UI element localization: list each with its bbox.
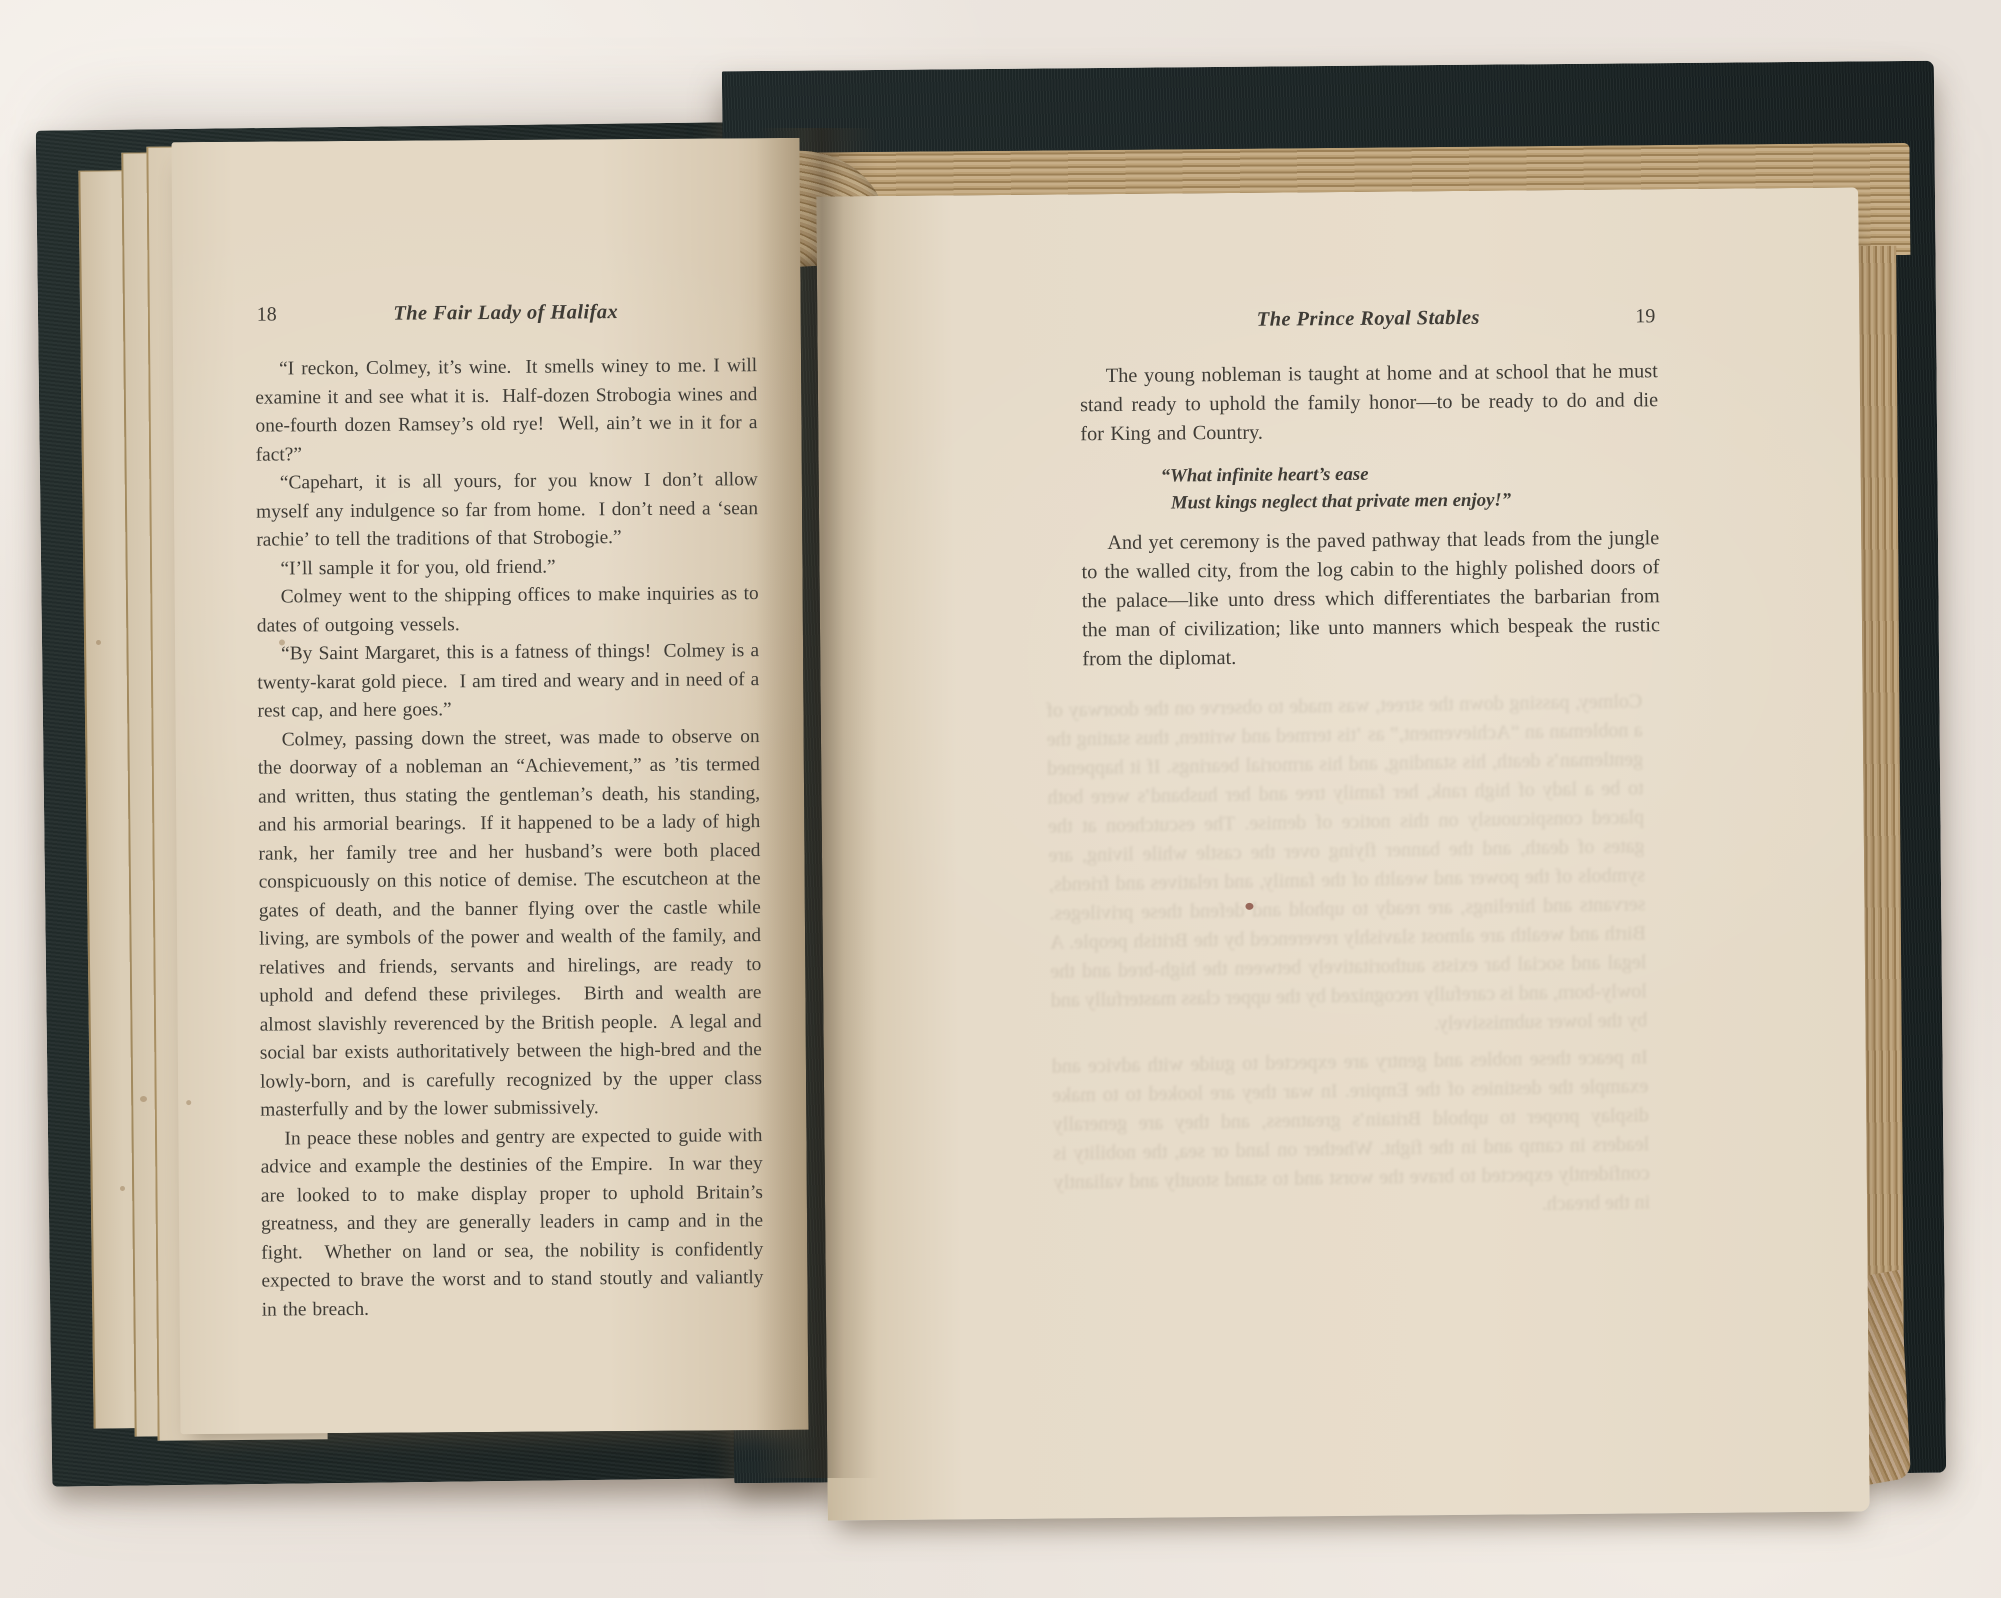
verse-quote: “What infinite heart’s ease Must kings n… — [1161, 458, 1659, 516]
page-left: 18 The Fair Lady of Halifax “I reckon, C… — [171, 138, 808, 1434]
body-paragraph: Colmey, passing down the street, was mad… — [258, 723, 763, 1125]
body-paragraph: And yet ceremony is the paved pathway th… — [1081, 524, 1660, 674]
body-paragraph: “Capehart, it is all yours, for you know… — [256, 466, 759, 555]
page-right-body: The young nobleman is taught at home and… — [1080, 357, 1661, 674]
page-right-header: The Prince Royal Stables 19 — [1079, 305, 1657, 344]
foxing-spot — [186, 1100, 191, 1105]
running-title-right: The Prince Royal Stables — [1079, 305, 1657, 333]
page-number-right: 19 — [1635, 305, 1655, 328]
body-paragraph: In peace these nobles and gentry are exp… — [260, 1122, 763, 1325]
page-left-body: “I reckon, Colmey, it’s wine. It smells … — [255, 352, 764, 1324]
page-number-left: 18 — [257, 303, 277, 326]
body-paragraph: Colmey went to the shipping offices to m… — [257, 580, 759, 641]
page-right-text-block: The Prince Royal Stables 19 The young no… — [1079, 305, 1660, 674]
page-left-header: 18 The Fair Lady of Halifax — [255, 300, 757, 338]
page-right: Colmey, passing down the street, was mad… — [816, 187, 1870, 1520]
verse-line: “What infinite heart’s ease — [1161, 458, 1659, 489]
foxing-spot — [1245, 903, 1253, 910]
page-left-text-block: 18 The Fair Lady of Halifax “I reckon, C… — [255, 300, 764, 1324]
running-title-left: The Fair Lady of Halifax — [255, 300, 757, 327]
verse-line: Must kings neglect that private men enjo… — [1161, 485, 1659, 516]
body-paragraph: “I’ll sample it for you, old friend.” — [256, 552, 758, 584]
body-paragraph: “I reckon, Colmey, it’s wine. It smells … — [255, 352, 758, 470]
body-paragraph: “By Saint Margaret, this is a fatness of… — [257, 637, 760, 726]
scan-background: 18 The Fair Lady of Halifax “I reckon, C… — [0, 0, 2001, 1598]
body-paragraph: The young nobleman is taught at home and… — [1080, 357, 1659, 449]
bleedthrough-text: Colmey, passing down the street, was mad… — [1046, 687, 1653, 1432]
